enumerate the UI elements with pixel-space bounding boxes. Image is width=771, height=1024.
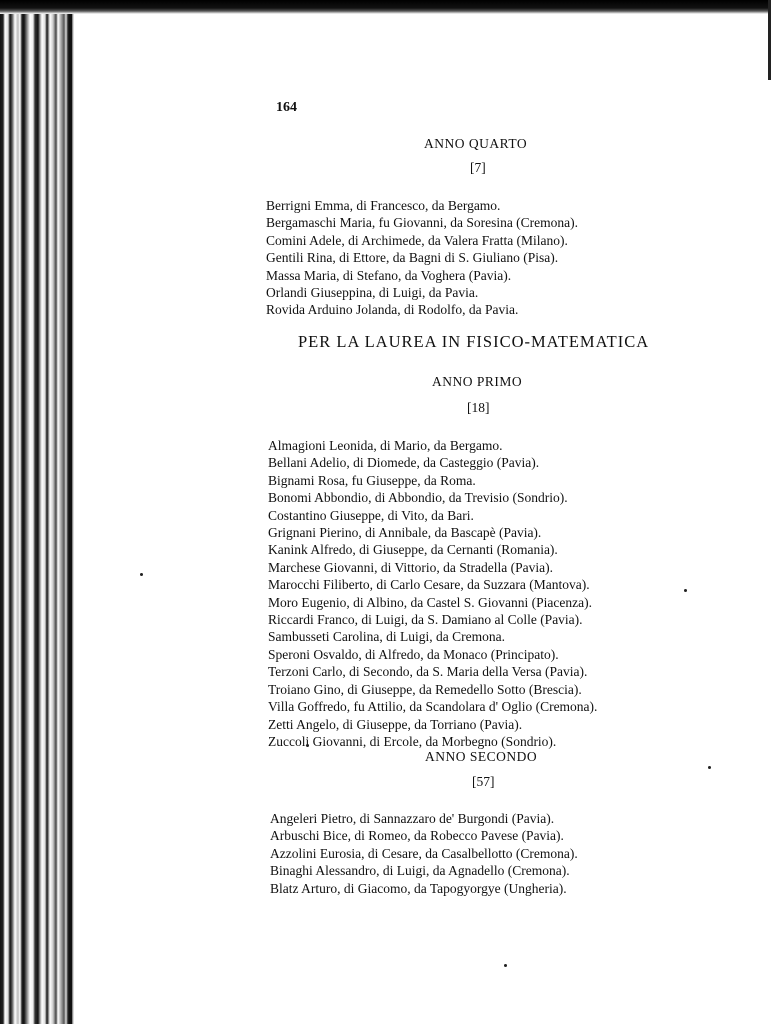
student-list-anno-secondo: Angeleri Pietro, di Sannazzaro de' Burgo… (270, 810, 578, 897)
list-item: Bergamaschi Maria, fu Giovanni, da Sores… (266, 214, 578, 231)
scan-speck (708, 766, 711, 769)
list-item: Bonomi Abbondio, di Abbondio, da Trevisi… (268, 489, 597, 506)
list-item: Angeleri Pietro, di Sannazzaro de' Burgo… (270, 810, 578, 827)
list-item: Riccardi Franco, di Luigi, da S. Damiano… (268, 611, 597, 628)
scan-speck (306, 744, 309, 747)
scan-speck (504, 964, 507, 967)
list-item: Costantino Giuseppe, di Vito, da Bari. (268, 507, 597, 524)
list-item: Massa Maria, di Stefano, da Voghera (Pav… (266, 267, 578, 284)
page-top-edge (0, 0, 771, 14)
scan-speck (140, 573, 143, 576)
list-item: Berrigni Emma, di Francesco, da Bergamo. (266, 197, 578, 214)
list-item: Troiano Gino, di Giuseppe, da Remedello … (268, 681, 597, 698)
list-item: Marchese Giovanni, di Vittorio, da Strad… (268, 559, 597, 576)
list-item: Zetti Angelo, di Giuseppe, da Torriano (… (268, 716, 597, 733)
list-item: Blatz Arturo, di Giacomo, da Tapogyorgye… (270, 880, 578, 897)
list-item: Comini Adele, di Archimede, da Valera Fr… (266, 232, 578, 249)
section-count-anno-secondo: [57] (472, 774, 495, 790)
list-item: Orlandi Giuseppina, di Luigi, da Pavia. (266, 284, 578, 301)
list-item: Almagioni Leonida, di Mario, da Bergamo. (268, 437, 597, 454)
list-item: Moro Eugenio, di Albino, da Castel S. Gi… (268, 594, 597, 611)
list-item: Zuccoli Giovanni, di Ercole, da Morbegno… (268, 733, 597, 750)
list-item: Grignani Pierino, di Annibale, da Bascap… (268, 524, 597, 541)
section-heading-anno-primo: ANNO PRIMO (432, 374, 522, 390)
section-heading-anno-quarto: ANNO QUARTO (424, 136, 527, 152)
list-item: Azzolini Eurosia, di Cesare, da Casalbel… (270, 845, 578, 862)
document-page: 164 ANNO QUARTO [7] Berrigni Emma, di Fr… (78, 14, 771, 1024)
list-item: Sambusseti Carolina, di Luigi, da Cremon… (268, 628, 597, 645)
list-item: Gentili Rina, di Ettore, da Bagni di S. … (266, 249, 578, 266)
section-count-anno-quarto: [7] (470, 160, 486, 176)
list-item: Kanink Alfredo, di Giuseppe, da Cernanti… (268, 541, 597, 558)
list-item: Binaghi Alessandro, di Luigi, da Agnadel… (270, 862, 578, 879)
major-heading-fisico-matematica: PER LA LAUREA IN FISICO-MATEMATICA (298, 332, 649, 352)
list-item: Marocchi Filiberto, di Carlo Cesare, da … (268, 576, 597, 593)
list-item: Speroni Osvaldo, di Alfredo, da Monaco (… (268, 646, 597, 663)
list-item: Bellani Adelio, di Diomede, da Casteggio… (268, 454, 597, 471)
page-number: 164 (276, 100, 297, 116)
book-binding-edge (0, 0, 78, 1024)
student-list-anno-quarto: Berrigni Emma, di Francesco, da Bergamo.… (266, 197, 578, 319)
list-item: Arbuschi Bice, di Romeo, da Robecco Pave… (270, 827, 578, 844)
section-heading-anno-secondo: ANNO SECONDO (425, 749, 537, 765)
scan-speck (684, 589, 687, 592)
list-item: Rovida Arduino Jolanda, di Rodolfo, da P… (266, 301, 578, 318)
list-item: Terzoni Carlo, di Secondo, da S. Maria d… (268, 663, 597, 680)
student-list-anno-primo: Almagioni Leonida, di Mario, da Bergamo.… (268, 437, 597, 750)
section-count-anno-primo: [18] (467, 400, 490, 416)
list-item: Bignami Rosa, fu Giuseppe, da Roma. (268, 472, 597, 489)
list-item: Villa Goffredo, fu Attilio, da Scandolar… (268, 698, 597, 715)
